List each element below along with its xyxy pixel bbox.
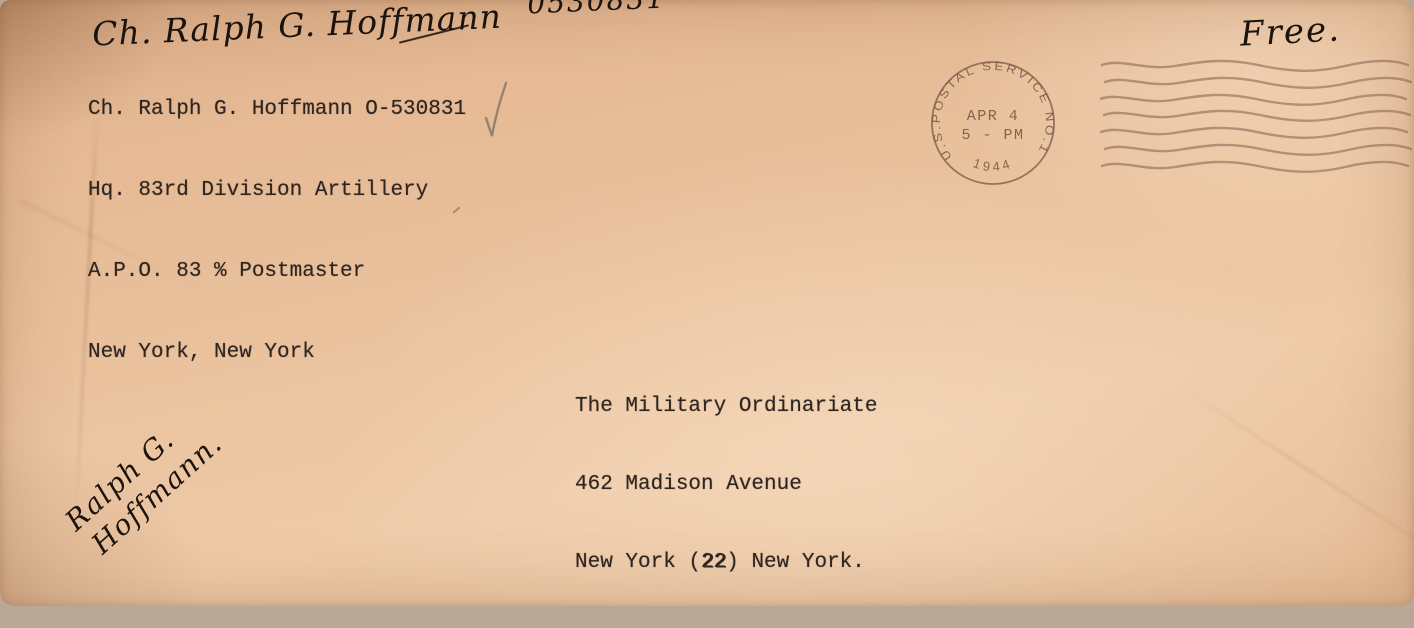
recipient-city-suffix: ) New York. [726,551,865,574]
recipient-line-1: The Military Ordinariate [575,394,877,420]
postmark-time: 5 - PM [961,127,1024,144]
envelope: Ch. Ralph G. Hoffmann0530831 Ch. Ralph G… [0,0,1414,606]
postmark-date: APR 4 [967,108,1020,125]
recipient-city-prefix: New York ( [575,551,701,574]
free-frank-marking: Free. [1239,9,1342,54]
paper-crease [1167,378,1414,565]
recipient-line-2: 462 Madison Avenue [575,472,877,498]
return-address-line-2: Hq. 83rd Division Artillery [88,177,466,204]
recipient-postal-zone: 22 [701,551,726,574]
cancellation-wavy-lines [1100,57,1412,181]
handwritten-signature: Ralph G. Hoffmann. [58,400,229,564]
pencil-checkmark [478,78,518,142]
return-address-line-1: Ch. Ralph G. Hoffmann O-530831 [88,96,466,123]
recipient-line-3: New York (22) New York. [575,550,877,576]
return-address: Ch. Ralph G. Hoffmann O-530831 Hq. 83rd … [88,42,466,420]
return-address-line-3: A.P.O. 83 % Postmaster [88,258,466,285]
handwritten-service-number: 0530831 [527,0,667,21]
recipient-address: The Military Ordinariate 462 Madison Ave… [575,342,877,606]
postmark-stamp: U.S.POSTAL SERVICE NO.1 1944 APR 4 5 - P… [923,53,1063,193]
return-address-line-4: New York, New York [88,339,466,366]
postmark-year-text: 1944 [971,155,1015,174]
